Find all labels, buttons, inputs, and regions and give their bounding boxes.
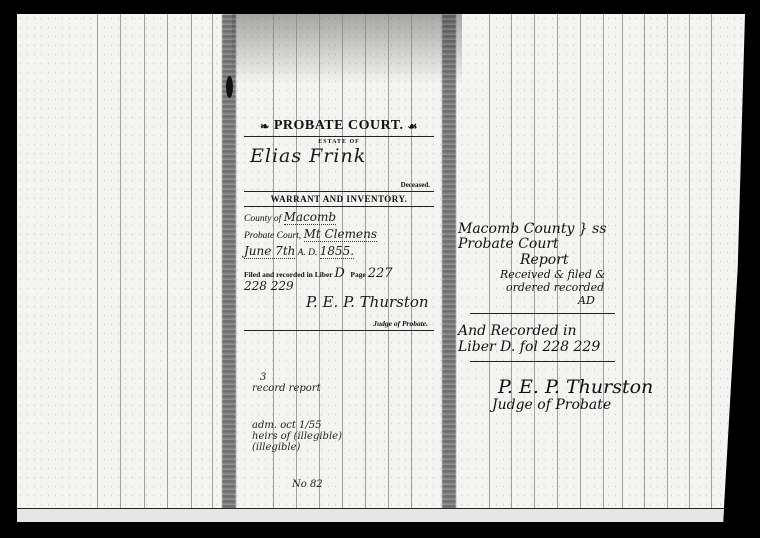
endorsement-line: Macomb County } ss: [458, 222, 653, 237]
ruled-line: [120, 14, 121, 522]
endorsement-signature-title: Judge of Probate: [492, 398, 653, 413]
ruled-line: [667, 14, 668, 522]
endorsement-line: AD: [578, 294, 653, 307]
note-line: 3: [260, 372, 342, 383]
note-line: adm. oct 1/55: [252, 420, 342, 431]
date-line: June 7th A. D. 1855.: [244, 244, 434, 258]
ruled-line: [212, 14, 213, 522]
endorsement-line: ordered recorded: [506, 281, 653, 294]
ruled-line: [97, 14, 98, 522]
ruled-line: [191, 14, 192, 522]
scan-shadow: [232, 14, 462, 84]
estate-name: Elias Frink: [250, 145, 434, 167]
endorsement-line: Liber D. fol 228 229: [458, 340, 653, 355]
court-value: Mt Clemens: [304, 227, 377, 242]
deceased-label: Deceased.: [244, 181, 434, 189]
note-line: No 82: [292, 479, 342, 490]
ad-label: A. D.: [298, 248, 318, 258]
ink-blot: [226, 76, 233, 98]
note-line: (illegible): [252, 442, 342, 453]
divider: [470, 361, 615, 368]
form-title: ❧ PROBATE COURT. ☙: [244, 118, 434, 137]
court-line: Probate Court, Mt Clemens: [244, 227, 434, 241]
note-line: heirs of (illegible): [252, 431, 342, 442]
county-line: County of Macomb: [244, 210, 434, 224]
page-label: Page: [350, 270, 365, 279]
county-value: Macomb: [284, 210, 336, 225]
ruled-line: [689, 14, 690, 522]
liber-value: D: [334, 266, 344, 281]
judge-label: Judge of Probate.: [244, 319, 434, 331]
page-fold: [442, 14, 456, 522]
divider: [470, 313, 615, 320]
margin-notes: 3 record report adm. oct 1/55 heirs of (…: [252, 372, 342, 490]
ruled-line: [711, 14, 712, 522]
page-bottom-edge: [17, 508, 745, 522]
date-value: June 7th: [244, 244, 295, 259]
pages-continued: 228 229: [244, 279, 434, 293]
year-value: 1855.: [320, 244, 354, 259]
probate-form: ❧ PROBATE COURT. ☙ ESTATE OF Elias Frink…: [244, 118, 434, 331]
section-title: WARRANT AND INVENTORY.: [244, 191, 434, 207]
ruled-line: [167, 14, 168, 522]
note-line: record report: [252, 383, 342, 394]
court-label: Probate Court,: [244, 231, 301, 241]
endorsement-line: And Recorded in: [458, 324, 653, 339]
endorsement-line: Probate Court: [458, 237, 653, 252]
ruled-line: [144, 14, 145, 522]
endorsement-signature: P. E. P. Thurston: [498, 376, 653, 398]
filed-label: Filed and recorded in Liber: [244, 270, 332, 279]
judge-signature: P. E. P. Thurston: [306, 293, 434, 311]
page-value: 227: [368, 266, 393, 281]
county-label: County of: [244, 214, 281, 224]
endorsement: Macomb County } ss Probate Court Report …: [458, 222, 653, 413]
ornament-icon: ☙: [408, 120, 418, 133]
endorsement-line: Report: [520, 253, 653, 268]
form-title-text: PROBATE COURT.: [274, 118, 404, 134]
ornament-icon: ❧: [260, 120, 270, 133]
endorsement-line: Received & filed &: [500, 268, 653, 281]
